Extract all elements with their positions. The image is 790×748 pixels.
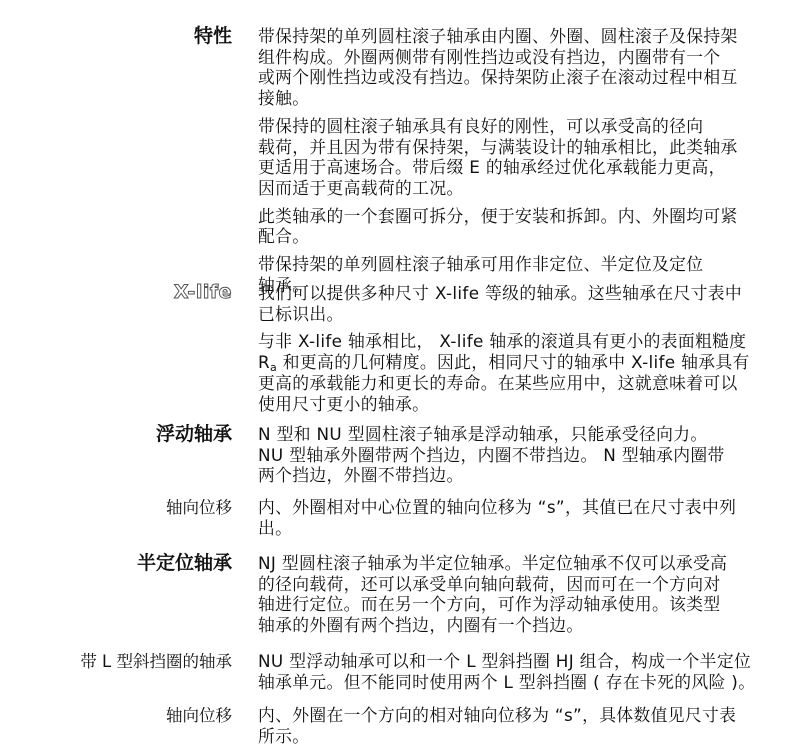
text-line: NJ 型圆柱滚子轴承为半定位轴承。半定位轴承不仅可以承受高 (258, 553, 758, 574)
section-body-l-ring-bearing: NU 型浮动轴承可以和一个 L 型斜挡圈 HJ 组合，构成一个半定位 轴承单元。… (258, 651, 758, 699)
section-label-semi-locating-bearing: 半定位轴承 (137, 552, 232, 574)
text-line: 带保持架的单列圆柱滚子轴承由内圈、外圈、圆柱滚子及保持架 (258, 26, 758, 47)
text-line: 两个挡边，外圈不带挡边。 (258, 465, 758, 486)
text-line: 与非 X-life 轴承相比， X-life 轴承的滚道具有更小的表面粗糙度 (258, 331, 758, 352)
text-line: 此类轴承的一个套圈可拆分，便于安装和拆卸。内、外圈均可紧 (258, 206, 758, 227)
text-line: 轴承单元。但不能同时使用两个 L 型斜挡圈 ( 存在卡死的风险 )。 (258, 672, 758, 693)
text-line: 我们可以提供多种尺寸 X-life 等级的轴承。这些轴承在尺寸表中 (258, 283, 758, 304)
text-line: 载荷，并且因为带有保持架，与满装设计的轴承相比，此类轴承 (258, 137, 758, 158)
paragraph: 我们可以提供多种尺寸 X-life 等级的轴承。这些轴承在尺寸表中 已标识出。 (258, 283, 758, 324)
section-label-floating-bearing: 浮动轴承 (156, 423, 232, 445)
text-line: 配合。 (258, 226, 758, 247)
text-line: Ra 和更高的几何精度。因此，相同尺寸的轴承中 X-life 轴承具有 (258, 352, 758, 373)
text-line: 使用尺寸更小的轴承。 (258, 394, 758, 415)
text-line: NU 型浮动轴承可以和一个 L 型斜挡圈 HJ 组合，构成一个半定位 (258, 651, 758, 672)
paragraph: NU 型浮动轴承可以和一个 L 型斜挡圈 HJ 组合，构成一个半定位 轴承单元。… (258, 651, 758, 692)
section-label-axial-displacement: 轴向位移 (166, 497, 232, 518)
text-line: 内、外圈相对中心位置的轴向位移为 “s”，其值已在尺寸表中列 (258, 497, 758, 518)
section-label-l-ring-bearing: 带 L 型斜挡圈的轴承 (80, 651, 232, 672)
paragraph: N 型和 NU 型圆柱滚子轴承是浮动轴承，只能承受径向力。 NU 型轴承外圈带两… (258, 424, 758, 486)
text-line: 已标识出。 (258, 304, 758, 325)
roughness-symbol: R (258, 352, 270, 372)
section-label-axial-displacement-2: 轴向位移 (166, 705, 232, 726)
paragraph: 与非 X-life 轴承相比， X-life 轴承的滚道具有更小的表面粗糙度 R… (258, 331, 758, 414)
text-line: 内、外圈在一个方向的相对轴向位移为 “s”，具体数值见尺寸表 (258, 705, 758, 726)
text-line: 出。 (258, 518, 758, 539)
text-line: 轴进行定位。而在另一个方向，可作为浮动轴承使用。该类型 (258, 594, 758, 615)
text-line: 所示。 (258, 726, 758, 747)
section-body-xlife: 我们可以提供多种尺寸 X-life 等级的轴承。这些轴承在尺寸表中 已标识出。 … (258, 283, 758, 421)
paragraph: 带保持的圆柱滚子轴承具有良好的刚性，可以承受高的径向 载荷，并且因为带有保持架，… (258, 116, 758, 199)
text-line: 的径向载荷，还可以承受单向轴向载荷，因而可在一个方向对 (258, 574, 758, 595)
section-body-axial-displacement-2: 内、外圈在一个方向的相对轴向位移为 “s”，具体数值见尺寸表 所示。 (258, 705, 758, 748)
paragraph: 此类轴承的一个套圈可拆分，便于安装和拆卸。内、外圈均可紧 配合。 (258, 206, 758, 247)
section-label-features: 特性 (194, 25, 232, 47)
paragraph: 内、外圈相对中心位置的轴向位移为 “s”，其值已在尺寸表中列 出。 (258, 497, 758, 538)
text-line: 轴承的外圈有两个挡边，内圈有一个挡边。 (258, 615, 758, 636)
section-body-semi-locating-bearing: NJ 型圆柱滚子轴承为半定位轴承。半定位轴承不仅可以承受高 的径向载荷，还可以承… (258, 553, 758, 643)
text-line: NU 型轴承外圈带两个挡边，内圈不带挡边。 N 型轴承内圈带 (258, 445, 758, 466)
text-line: 带保持架的单列圆柱滚子轴承可用作非定位、半定位及定位 (258, 254, 758, 275)
xlife-logo: X-life (174, 281, 232, 303)
text-line: 组件构成。外圈两侧带有刚性挡边或没有挡边，内圈带有一个 (258, 47, 758, 68)
paragraph: 带保持架的单列圆柱滚子轴承由内圈、外圈、圆柱滚子及保持架 组件构成。外圈两侧带有… (258, 26, 758, 109)
text-line: 因而适于更高载荷的工况。 (258, 178, 758, 199)
text-line: 或两个刚性挡边或没有挡边。保持架防止滚子在滚动过程中相互 (258, 67, 758, 88)
paragraph: 内、外圈在一个方向的相对轴向位移为 “s”，具体数值见尺寸表 所示。 (258, 705, 758, 746)
section-body-axial-displacement: 内、外圈相对中心位置的轴向位移为 “s”，其值已在尺寸表中列 出。 (258, 497, 758, 545)
text-line: 带保持的圆柱滚子轴承具有良好的刚性，可以承受高的径向 (258, 116, 758, 137)
text-line: 更适用于高速场合。带后缀 E 的轴承经过优化承载能力更高， (258, 157, 758, 178)
text-line: 更高的承载能力和更长的寿命。在某些应用中，这就意味着可以 (258, 373, 758, 394)
text-line-rest: 和更高的几何精度。因此，相同尺寸的轴承中 X-life 轴承具有 (283, 352, 750, 372)
text-line: N 型和 NU 型圆柱滚子轴承是浮动轴承，只能承受径向力。 (258, 424, 758, 445)
text-line: 接触。 (258, 88, 758, 109)
paragraph: NJ 型圆柱滚子轴承为半定位轴承。半定位轴承不仅可以承受高 的径向载荷，还可以承… (258, 553, 758, 636)
section-body-floating-bearing: N 型和 NU 型圆柱滚子轴承是浮动轴承，只能承受径向力。 NU 型轴承外圈带两… (258, 424, 758, 493)
section-body-features: 带保持架的单列圆柱滚子轴承由内圈、外圈、圆柱滚子及保持架 组件构成。外圈两侧带有… (258, 26, 758, 302)
